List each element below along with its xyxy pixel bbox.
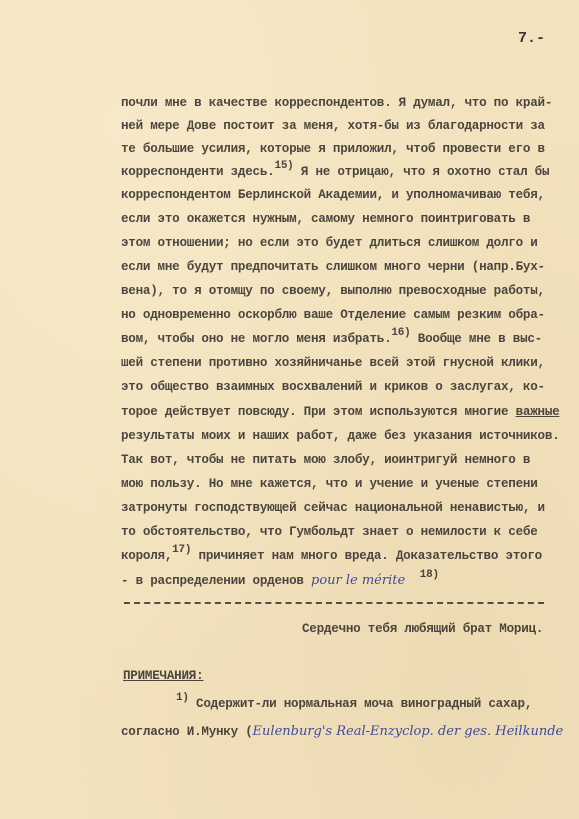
body-line-18: затронуты господствующей сейчас национал… (121, 501, 545, 515)
body-line-17: мою пользу. Но мне кажется, что и учение… (121, 477, 538, 491)
page-number: 7.- (518, 30, 545, 47)
body-line-21: - в распределении орденов pour le mérite… (121, 573, 439, 588)
body-text: торое действует повсюду. При этом исполь… (121, 405, 516, 419)
note-text: Содержит-ли нормальная моча виноградный … (196, 697, 532, 711)
body-line-8: если мне будут предпочитать слишком мног… (121, 260, 545, 274)
note-1-line-2: согласно И.Мунку (Eulenburg's Real-Enzyc… (121, 724, 563, 739)
body-text: короля, (121, 549, 172, 563)
body-line-7: этом отношении; но если это будет длитьс… (121, 236, 538, 250)
handwritten-reference: Eulenburg's Real-Enzyclop. der ges. Heil… (253, 724, 564, 739)
body-text: - в распределении орденов (121, 574, 311, 588)
body-line-16: Так вот, чтобы не питать мою злобу, иоин… (121, 453, 530, 467)
body-line-15: результаты моих и наших работ, даже без … (121, 429, 559, 443)
body-line-11: вом, чтобы оно не могло меня избрать.16)… (121, 332, 542, 346)
body-text: вом, чтобы оно не могло меня избрать. (121, 332, 391, 346)
footnote-ref-17: 17) (172, 544, 191, 556)
underlined-word: важные (516, 405, 560, 419)
body-line-20: короля,17) причиняет нам много вреда. До… (121, 549, 542, 563)
footnote-ref-18: 18) (420, 569, 439, 581)
body-line-19: то обстоятельство, что Гумбольдт знает о… (121, 525, 538, 539)
note-1-line-1: 1) Содержит-ли нормальная моча виноградн… (176, 697, 532, 711)
dashed-separator (124, 602, 544, 604)
body-text: причиняет нам много вреда. Доказательств… (191, 549, 542, 563)
body-line-6: если это окажется нужным, самому немного… (121, 212, 530, 226)
body-line-4: корреспонденти здесь.15) Я не отрицаю, ч… (121, 165, 549, 179)
notes-heading: ПРИМЕЧАНИЯ: (123, 669, 203, 683)
body-line-12: шей степени противно хозяйничанье всей э… (121, 356, 545, 370)
note-text: согласно И.Мунку ( (121, 725, 253, 739)
body-line-9: вена), то я отомщу по своему, выполню пр… (121, 284, 545, 298)
footnote-ref-15: 15) (274, 160, 293, 172)
body-line-1: почли мне в качестве корреспондентов. Я … (121, 96, 552, 110)
document-page: 7.- почли мне в качестве корреспондентов… (0, 0, 579, 819)
body-line-14: торое действует повсюду. При этом исполь… (121, 405, 559, 419)
handwritten-annotation: pour le mérite (311, 573, 405, 588)
body-line-5: корреспондентом Берлинской Академии, и у… (121, 188, 545, 202)
body-line-3: те большие усилия, которые я приложил, ч… (121, 142, 545, 156)
body-line-2: ней мере Дове постоит за меня, хотя-бы и… (121, 119, 545, 133)
body-text: Я не отрицаю, что я охотно стал бы (294, 165, 550, 179)
footnote-ref-16: 16) (391, 327, 410, 339)
body-text: корреспонденти здесь. (121, 165, 274, 179)
body-line-10: но одновременно оскорблю ваше Отделение … (121, 308, 545, 322)
body-line-13: это общество взаимных восхвалений и крик… (121, 380, 545, 394)
body-text: Вообще мне в выс- (410, 332, 542, 346)
signature: Сердечно тебя любящий брат Мориц. (302, 622, 543, 636)
note-number: 1) (176, 692, 189, 704)
